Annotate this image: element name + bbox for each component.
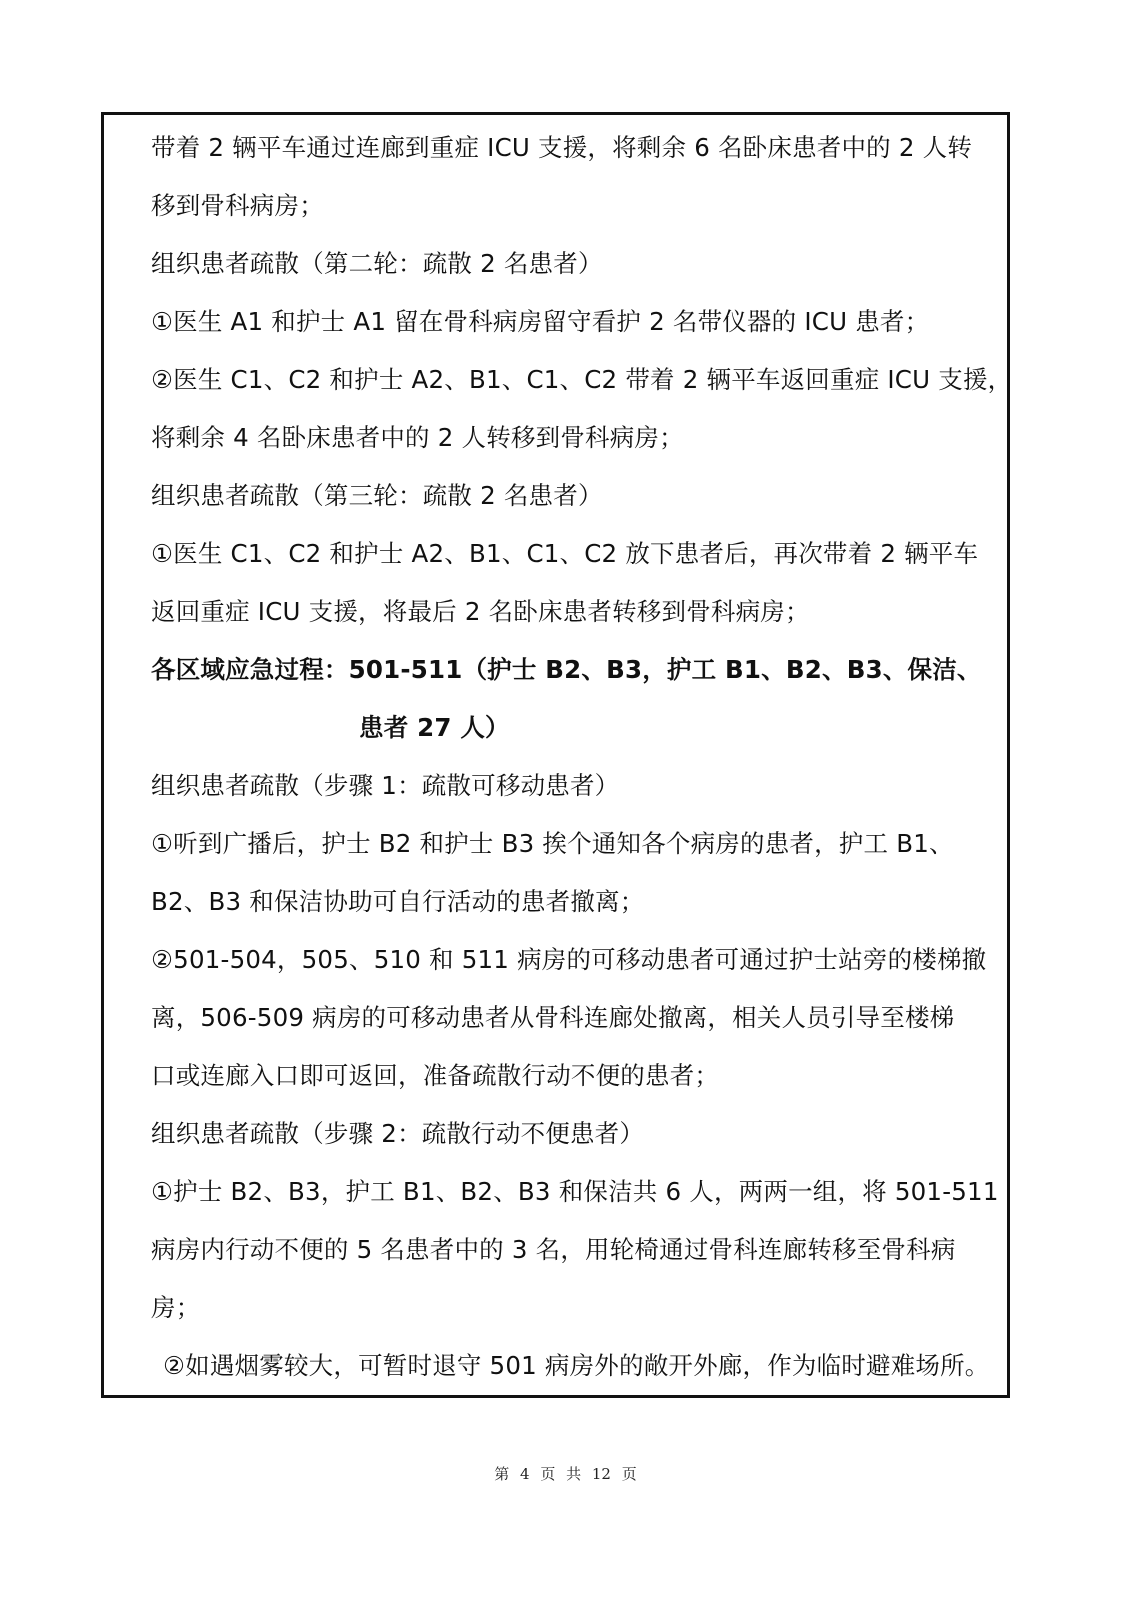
list-item: ①护士 B2、B3，护工 B1、B2、B3 和保洁共 6 人，两两一组，将 50… bbox=[151, 1173, 1003, 1231]
page-number-footer: 第 4 页 共 12 页 bbox=[0, 1463, 1131, 1484]
list-item: ①医生 C1、C2 和护士 A2、B1、C1、C2 放下患者后，再次带着 2 辆… bbox=[151, 535, 1003, 593]
list-item: ②如遇烟雾较大，可暂时退守 501 病房外的敞开外廊，作为临时避难场所。 bbox=[151, 1347, 1003, 1405]
text-line-continuation: 移到骨科病房； bbox=[151, 187, 1003, 245]
step-heading-round-3: 组织患者疏散（第三轮：疏散 2 名患者） bbox=[151, 477, 1003, 535]
list-item: ②501-504，505、510 和 511 病房的可移动患者可通过护士站旁的楼… bbox=[151, 941, 1003, 999]
list-item-continuation: 房； bbox=[151, 1289, 1003, 1347]
list-item-continuation: 口或连廊入口即可返回，准备疏散行动不便的患者； bbox=[151, 1057, 1003, 1115]
text-line-continuation: 带着 2 辆平车通过连廊到重症 ICU 支援，将剩余 6 名卧床患者中的 2 人… bbox=[151, 129, 1003, 187]
list-item-continuation: 返回重症 ICU 支援，将最后 2 名卧床患者转移到骨科病房； bbox=[151, 593, 1003, 651]
list-item: ②医生 C1、C2 和护士 A2、B1、C1、C2 带着 2 辆平车返回重症 I… bbox=[151, 361, 1003, 419]
document-body: 带着 2 辆平车通过连廊到重症 ICU 支援，将剩余 6 名卧床患者中的 2 人… bbox=[151, 129, 1003, 1405]
list-item: ①医生 A1 和护士 A1 留在骨科病房留守看护 2 名带仪器的 ICU 患者； bbox=[151, 303, 1003, 361]
step-heading-round-2: 组织患者疏散（第二轮：疏散 2 名患者） bbox=[151, 245, 1003, 303]
list-item-continuation: 离，506-509 病房的可移动患者从骨科连廊处撤离，相关人员引导至楼梯 bbox=[151, 999, 1003, 1057]
list-item-continuation: 将剩余 4 名卧床患者中的 2 人转移到骨科病房； bbox=[151, 419, 1003, 477]
list-item-continuation: 病房内行动不便的 5 名患者中的 3 名，用轮椅通过骨科连廊转移至骨科病 bbox=[151, 1231, 1003, 1289]
section-heading: 各区域应急过程：501-511（护士 B2、B3，护工 B1、B2、B3、保洁、 bbox=[151, 651, 1003, 709]
list-item-continuation: B2、B3 和保洁协助可自行活动的患者撤离； bbox=[151, 883, 1003, 941]
step-heading-step-2: 组织患者疏散（步骤 2：疏散行动不便患者） bbox=[151, 1115, 1003, 1173]
list-item: ①听到广播后，护士 B2 和护士 B3 挨个通知各个病房的患者，护工 B1、 bbox=[151, 825, 1003, 883]
step-heading-step-1: 组织患者疏散（步骤 1：疏散可移动患者） bbox=[151, 767, 1003, 825]
content-frame: 带着 2 辆平车通过连廊到重症 ICU 支援，将剩余 6 名卧床患者中的 2 人… bbox=[101, 112, 1010, 1398]
section-heading-continuation: 患者 27 人） bbox=[151, 709, 1003, 767]
